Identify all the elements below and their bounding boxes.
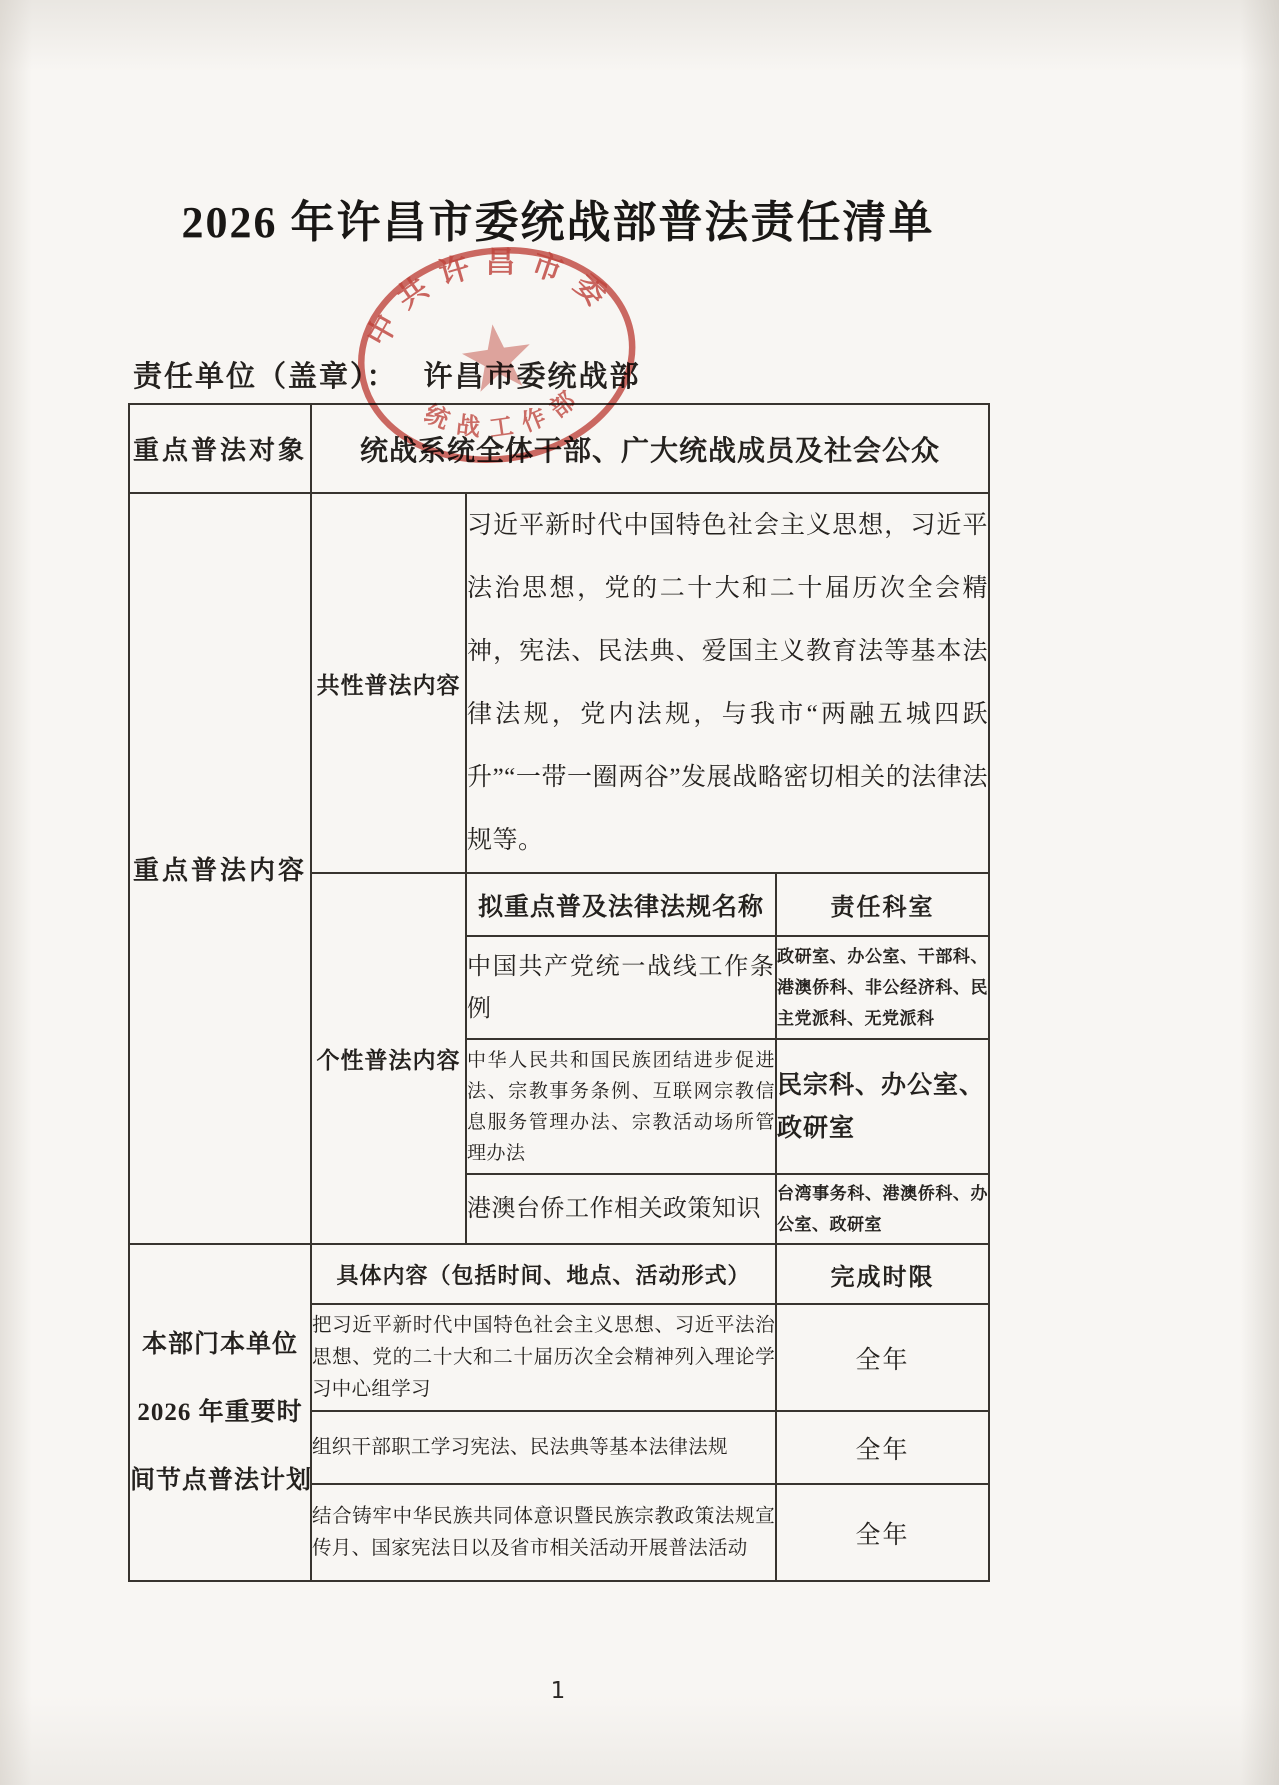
plan-content-column-header: 具体内容（包括时间、地点、活动形式）	[311, 1244, 776, 1304]
responsibility-table: 重点普法对象 统战系统全体干部、广大统战成员及社会公众 重点普法内容 共性普法内…	[128, 403, 990, 1582]
content-section-label-cell: 重点普法内容	[129, 493, 311, 1244]
law-row-name: 港澳台侨工作相关政策知识	[466, 1174, 776, 1244]
plan-section-label-cell: 本部门本单位 2026 年重要时 间节点普法计划	[129, 1244, 311, 1581]
law-row-dept: 台湾事务科、港澳侨科、办公室、政研室	[776, 1174, 989, 1244]
document-page: 2026 年许昌市委统战部普法责任清单 责任单位（盖章）：许昌市委统战部 重点普…	[0, 0, 1279, 1785]
page-title: 2026 年许昌市委统战部普法责任清单	[128, 186, 988, 250]
law-row-name: 中国共产党统一战线工作条例	[466, 936, 776, 1039]
responsible-unit-label: 责任单位（盖章）：	[133, 361, 398, 393]
law-row-name: 中华人民共和国民族团结进步促进法、宗教事务条例、互联网宗教信息服务管理办法、宗教…	[466, 1039, 776, 1174]
law-name-column-header: 拟重点普及法律法规名称	[466, 873, 776, 936]
responsible-unit-line: 责任单位（盖章）：许昌市委统战部	[133, 354, 993, 395]
plan-deadline-column-header: 完成时限	[776, 1244, 989, 1304]
plan-row-content: 结合铸牢中华民族共同体意识暨民族宗教政策法规宣传月、国家宪法日以及省市相关活动开…	[311, 1484, 776, 1581]
plan-row-deadline: 全年	[776, 1304, 989, 1411]
target-value-cell: 统战系统全体干部、广大统战成员及社会公众	[311, 404, 989, 493]
plan-row-deadline: 全年	[776, 1411, 989, 1484]
plan-label-line: 本部门本单位	[130, 1311, 310, 1379]
individual-content-label-cell: 个性普法内容	[311, 873, 466, 1244]
common-content-label-cell: 共性普法内容	[311, 493, 466, 873]
page-number: 1	[128, 1678, 988, 1704]
plan-label-line: 间节点普法计划	[130, 1447, 310, 1515]
plan-row-content: 组织干部职工学习宪法、民法典等基本法律法规	[311, 1411, 776, 1484]
plan-label-line: 2026 年重要时	[130, 1379, 310, 1447]
dept-column-header: 责任科室	[776, 873, 989, 936]
plan-row-content: 把习近平新时代中国特色社会主义思想、习近平法治思想、党的二十大和二十届历次全会精…	[311, 1304, 776, 1411]
law-row-dept: 政研室、办公室、干部科、港澳侨科、非公经济科、民主党派科、无党派科	[776, 936, 989, 1039]
law-row-dept: 民宗科、办公室、政研室	[776, 1039, 989, 1174]
responsible-unit-value: 许昌市委统战部	[424, 361, 641, 393]
target-label-cell: 重点普法对象	[129, 404, 311, 493]
common-content-text-cell: 习近平新时代中国特色社会主义思想，习近平法治思想，党的二十大和二十届历次全会精神…	[466, 493, 989, 873]
plan-row-deadline: 全年	[776, 1484, 989, 1581]
